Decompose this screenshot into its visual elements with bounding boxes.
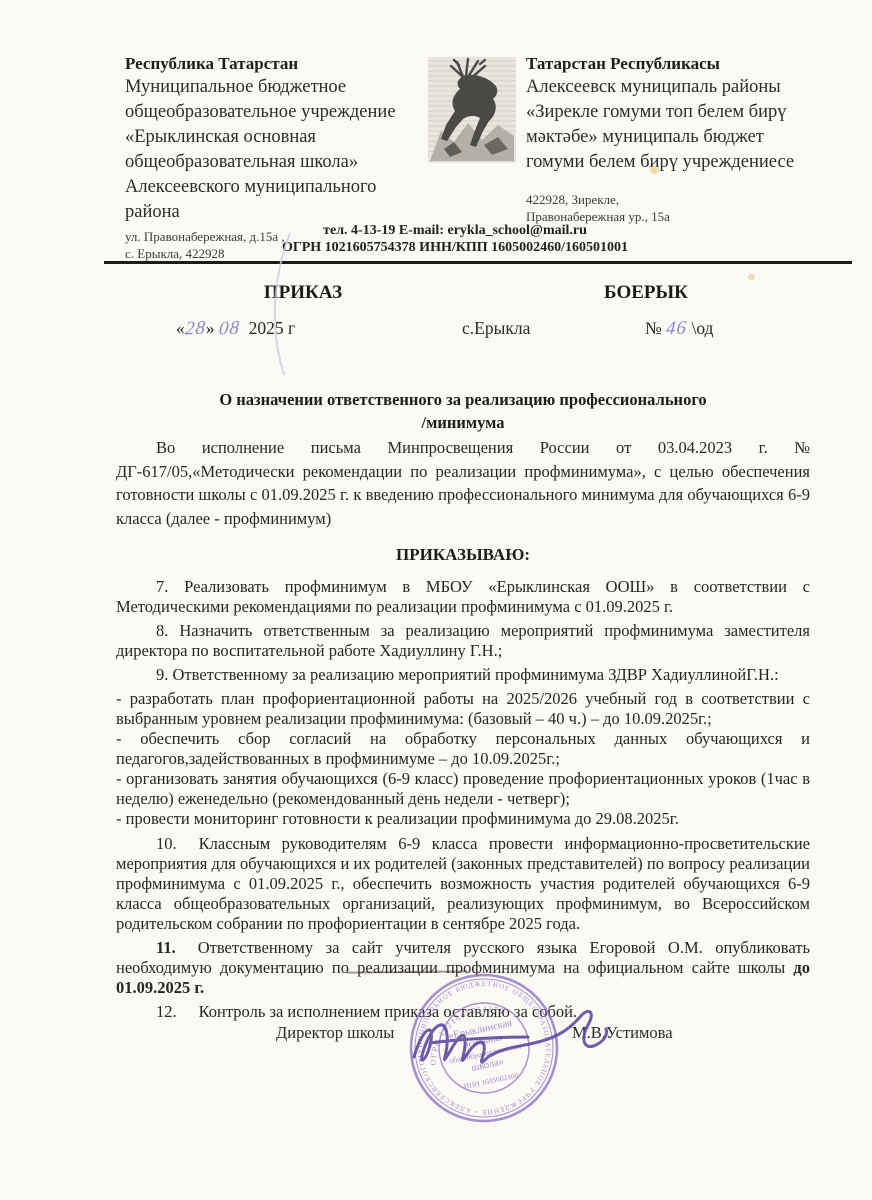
order-item-9-sub-1: - разработать план профориентационной ра… (116, 689, 810, 729)
scan-stain-dot (748, 274, 755, 280)
order-number: № 46 \од (645, 318, 713, 340)
header-left-title: Республика Татарстан (125, 52, 440, 75)
deer-silhouette (428, 57, 516, 163)
handwritten-number: 46 (665, 317, 688, 340)
header-right-line: гомуми белем бирү учреждениесе (526, 150, 856, 175)
header-left-line: «Ерыклинская основная (125, 125, 440, 150)
header-right-address: 422928, Зирекле, Правонабережная ур., 15… (526, 191, 856, 225)
scan-stain-dot (650, 166, 659, 174)
header-left-line: общеобразовательная школа» (125, 150, 440, 175)
header-right-title: Татарстан Республикасы (526, 52, 856, 75)
scanned-order-page: Республика Татарстан Муниципальное бюдже… (0, 0, 872, 1200)
header-right-line: Алексеевск муниципаль районы (526, 75, 856, 100)
order-place: с.Ерыкла (462, 318, 530, 339)
order-body: Во исполнение письма Минпросвещения Росс… (116, 436, 810, 1026)
contact-ogrn-inn: ОГРН 1021605754378 ИНН/КПП 1605002460/16… (105, 239, 805, 256)
signature-role-label: Директор школы (276, 1023, 394, 1043)
order-item-9-sub-2: - обеспечить сбор согласий на обработку … (116, 729, 810, 769)
handwritten-month: 08 (218, 317, 241, 340)
order-item-7: 7. Реализовать профминимум в МБОУ «Ерыкл… (116, 577, 810, 617)
contact-block: тел. 4-13-19 E-mail: erykla_school@mail.… (105, 222, 805, 256)
deer-emblem-icon (428, 57, 516, 163)
header-left-line: общеобразовательное учреждение (125, 100, 440, 125)
stray-pen-stroke (260, 225, 310, 385)
order-subject-title: О назначении ответственного за реализаци… (116, 388, 810, 434)
header-divider-rule (104, 261, 852, 264)
resolve-word: ПРИКАЗЫВАЮ: (116, 545, 810, 565)
header-right-tatar: Татарстан Республикасы Алексеевск муници… (526, 52, 856, 225)
order-item-10: 10.Классным руководителям 6-9 класса про… (116, 834, 810, 934)
order-item-9-sub-4: - провести мониторинг готовности к реали… (116, 809, 810, 829)
preamble-paragraph: Во исполнение письма Минпросвещения Росс… (116, 436, 810, 530)
header-right-line: «Зирекле гомуми топ белем бирү (526, 100, 856, 125)
director-signature-icon (400, 995, 640, 1095)
order-item-9: 9. Ответственному за реализацию мероприя… (116, 665, 810, 685)
header-right-line: мәктәбе» муниципаль бюджет (526, 125, 856, 150)
order-word-tatar: БОЕРЫК (556, 282, 736, 304)
order-item-9-sub-3: - организовать занятия обучающихся (6-9 … (116, 769, 810, 809)
handwritten-day: 28 (184, 317, 207, 340)
contact-phone-email: тел. 4-13-19 E-mail: erykla_school@mail.… (105, 222, 805, 239)
header-left-line: Алексеевского муниципального (125, 175, 440, 200)
header-left-line: Муниципальное бюджетное (125, 75, 440, 100)
order-item-8: 8. Назначить ответственным за реализацию… (116, 621, 810, 661)
